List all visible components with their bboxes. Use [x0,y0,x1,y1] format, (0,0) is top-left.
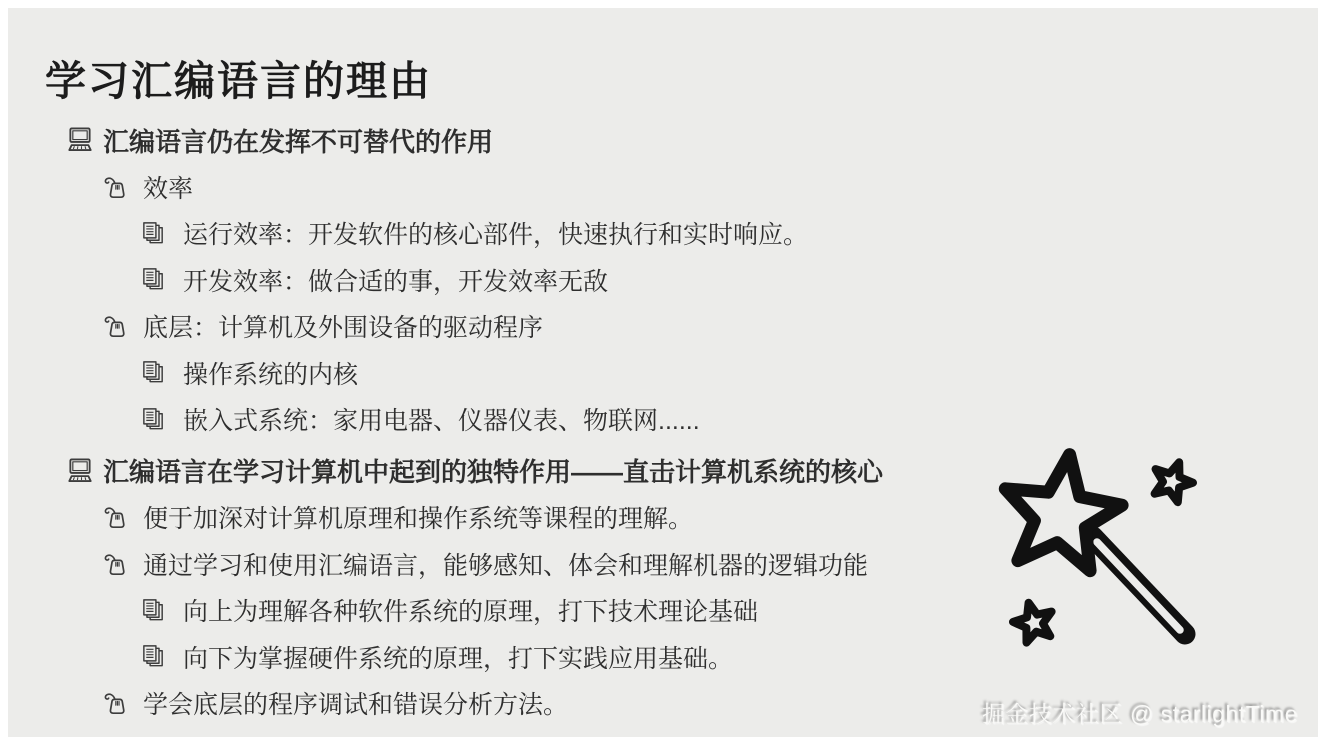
bullet-item: 汇编语言仍在发挥不可替代的作用 [8,117,1318,164]
documents-icon [140,406,167,433]
documents-icon [140,643,167,670]
bullet-text: 运行效率：开发软件的核心部件，快速执行和实时响应。 [183,215,808,251]
bullet-text: 底层：计算机及外围设备的驱动程序 [143,308,543,344]
documents-icon [140,266,167,293]
mouse-icon [102,172,132,202]
mouse-icon [102,311,132,341]
slide-title: 学习汇编语言的理由 [45,48,432,107]
small-star-bottom-left-icon [1013,603,1052,643]
bullet-item: 嵌入式系统：家用电器、仪器仪表、物联网...... [8,396,1318,443]
bullet-text: 学会底层的程序调试和错误分析方法。 [143,685,568,721]
watermark: 掘金技术社区 @ starlightTime [982,696,1298,729]
bullet-text: 汇编语言在学习计算机中起到的独特作用——直击计算机系统的核心 [103,452,883,489]
bullet-text: 开发效率：做合适的事，开发效率无敌 [183,262,608,298]
mouse-icon [102,688,132,718]
documents-icon [140,359,167,386]
computer-icon [65,456,95,486]
documents-icon [140,220,167,247]
bullet-item: 运行效率：开发软件的核心部件，快速执行和实时响应。 [8,210,1318,257]
bullet-text: 向下为掌握硬件系统的原理，打下实践应用基础。 [183,639,733,675]
small-star-top-right-icon [1155,462,1193,502]
magic-wand-illustration [976,438,1216,678]
bullet-item: 开发效率：做合适的事，开发效率无敌 [8,257,1318,304]
documents-icon [140,597,167,624]
bullet-text: 通过学习和使用汇编语言，能够感知、体会和理解机器的逻辑功能 [143,546,868,582]
bullet-text: 效率 [143,169,193,205]
wand-rod [1093,537,1185,634]
mouse-icon [102,549,132,579]
bullet-item: 效率 [8,164,1318,211]
bullet-text: 便于加深对计算机原理和操作系统等课程的理解。 [143,499,693,535]
bullet-text: 操作系统的内核 [183,355,358,391]
slide: 学习汇编语言的理由 汇编语言仍在发挥不可替代的作用 效率 运行效率：开发软件的核… [8,8,1318,737]
bullet-text: 向上为理解各种软件系统的原理，打下技术理论基础 [183,592,758,628]
bullet-text: 嵌入式系统：家用电器、仪器仪表、物联网...... [183,401,700,437]
bullet-text: 汇编语言仍在发挥不可替代的作用 [103,122,493,159]
computer-icon [65,125,95,155]
bullet-item: 操作系统的内核 [8,350,1318,397]
bullet-item: 底层：计算机及外围设备的驱动程序 [8,303,1318,350]
mouse-icon [102,502,132,532]
